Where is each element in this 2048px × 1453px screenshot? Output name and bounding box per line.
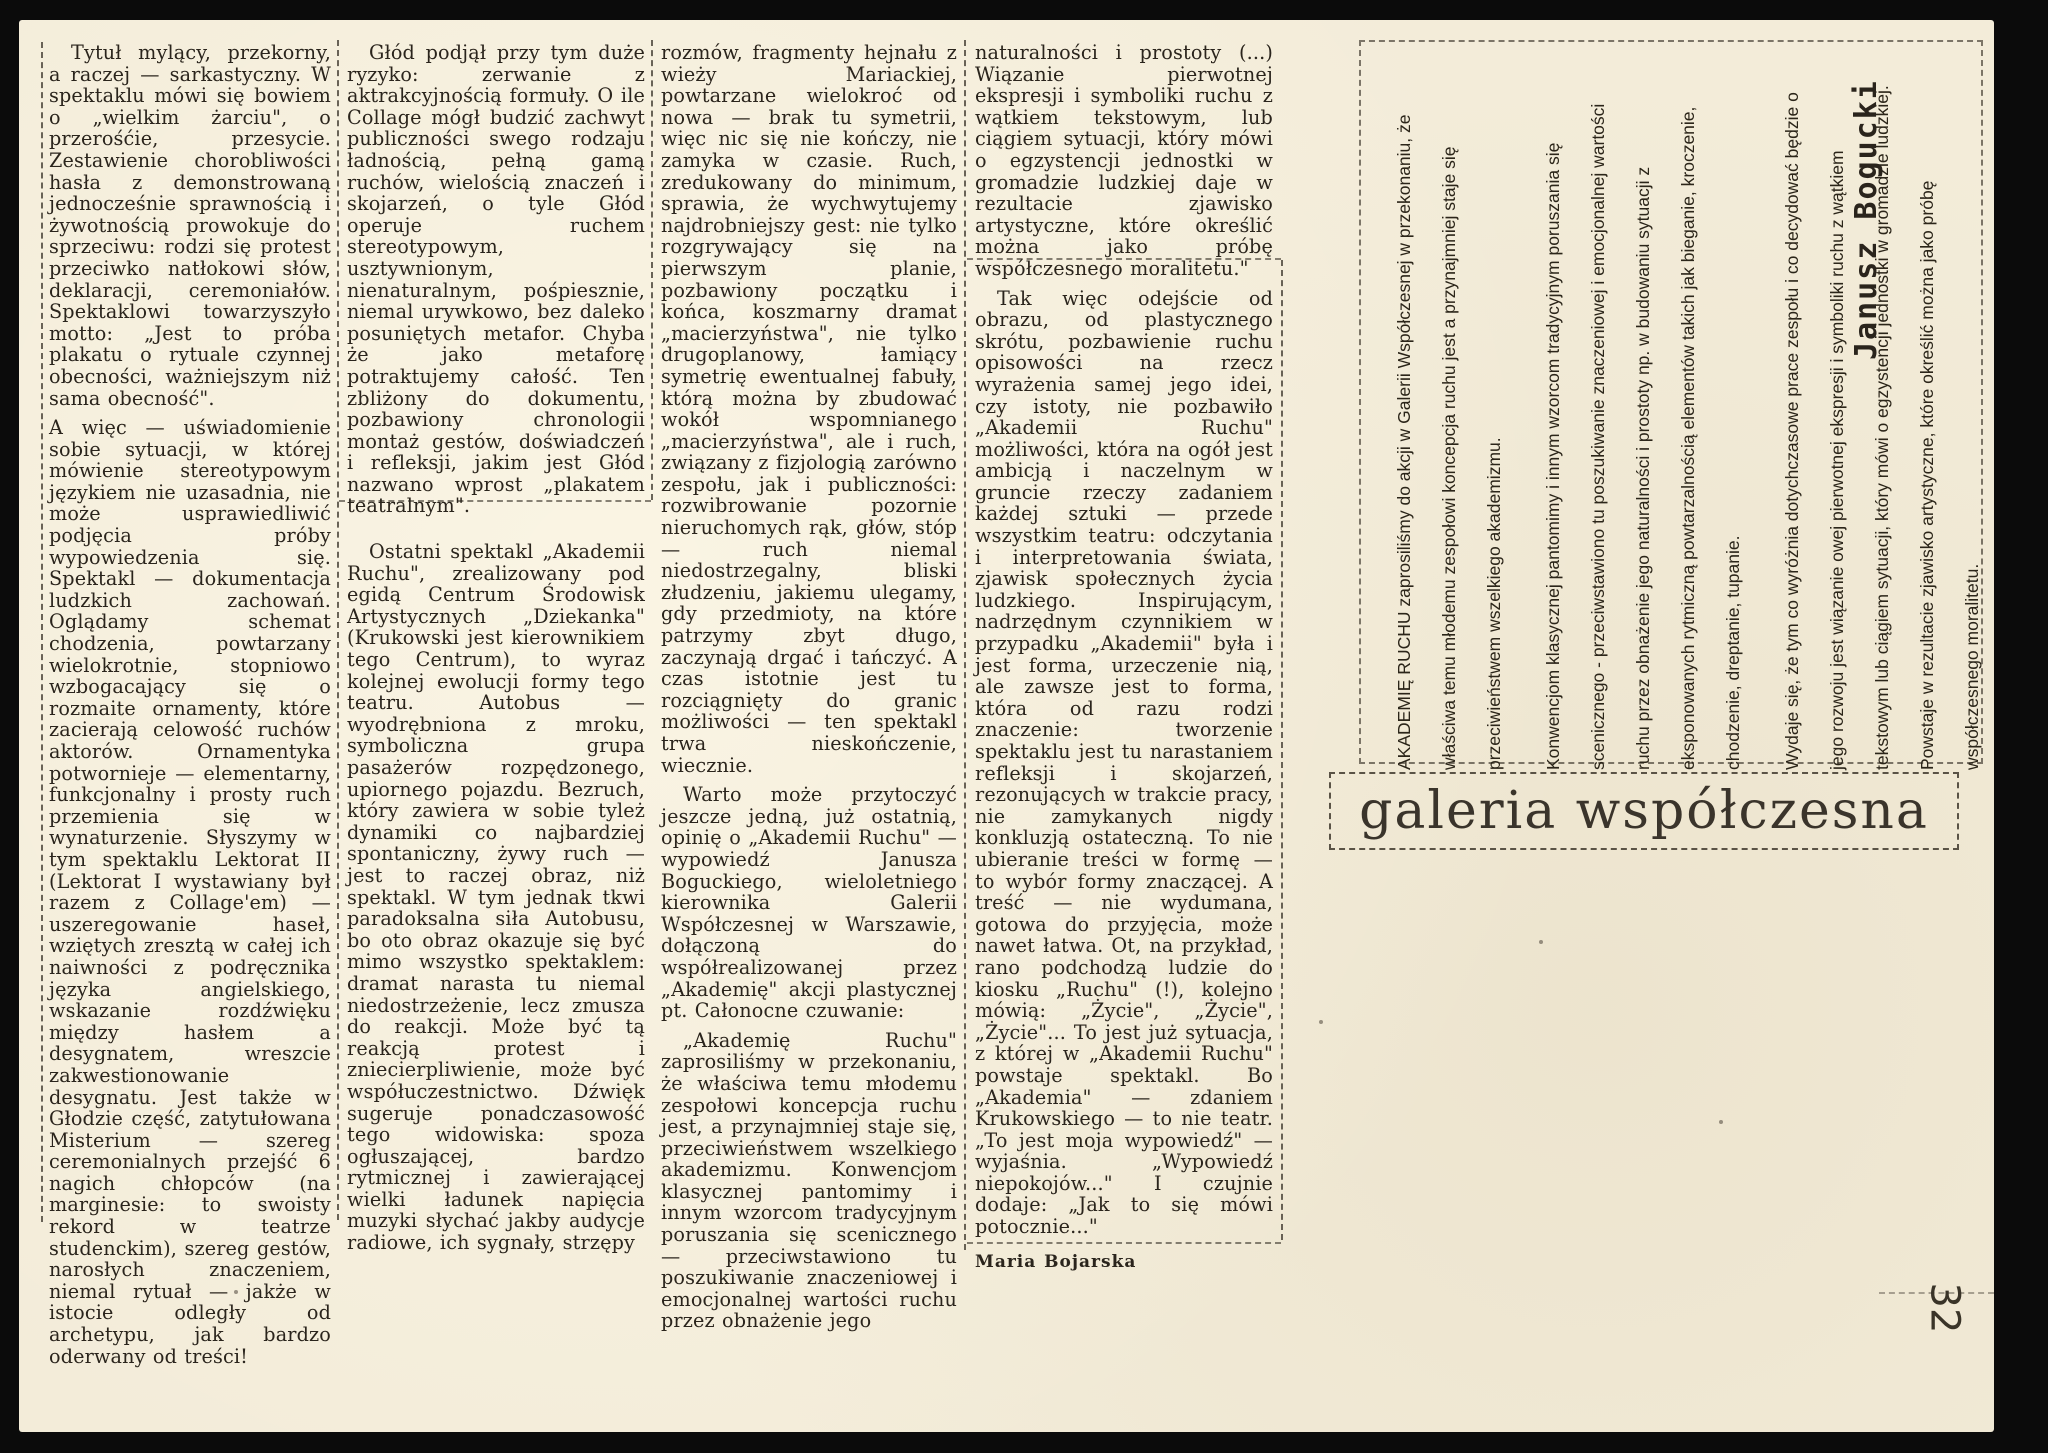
- masthead-title: galeria współczesna: [1359, 781, 1929, 841]
- newspaper-clipping-sheet: Tytuł mylący, przekorny, a raczej — sark…: [19, 20, 1994, 1432]
- paragraph: Głód podjął przy tym duże ryzyko: zerwan…: [347, 42, 645, 517]
- paper-speck: [1719, 1120, 1723, 1124]
- paper-speck: [1539, 940, 1543, 944]
- paragraph: Warto może przytoczyć jeszcze jedną, już…: [661, 784, 957, 1022]
- handwritten-page-number: 32: [1921, 1283, 1967, 1334]
- quote-paragraph: „Akademię Ruchu" zaprosiliśmy w przekona…: [661, 1030, 957, 1332]
- paragraph: Tak więc odejście od obrazu, od plastycz…: [975, 288, 1273, 1238]
- author-signature: Maria Bojarska: [975, 1252, 1273, 1274]
- paragraph: rozmów, fragmenty hejnału z wieży Mariac…: [661, 42, 957, 776]
- rotated-statement: AKADEMIĘ RUCHU zaprosiliśmy do akcji w G…: [1382, 70, 1792, 770]
- paragraph: Tytuł mylący, przekorny, a raczej — sark…: [49, 42, 331, 409]
- article-column-3: rozmów, fragmenty hejnału z wieży Mariac…: [661, 42, 957, 1332]
- statement-paragraph: Konwencjom klasycznej pantomimy i innym …: [1531, 70, 1756, 770]
- column-rule: [964, 40, 966, 1250]
- column-rule: [1281, 260, 1283, 1240]
- paper-speck: [1319, 1020, 1323, 1024]
- statement-paragraph: AKADEMIĘ RUCHU zaprosiliśmy do akcji w G…: [1382, 70, 1517, 770]
- article-column-4: naturalności i prostoty (...) Wiązanie p…: [975, 42, 1273, 1273]
- paragraph: Ostatni spektakl „Akademii Ruchu", zreal…: [347, 541, 645, 1254]
- article-column-2: Głód podjął przy tym duże ryzyko: zerwan…: [347, 42, 645, 1254]
- quote-paragraph: naturalności i prostoty (...) Wiązanie p…: [975, 42, 1273, 280]
- column-rule: [337, 40, 339, 1220]
- article-column-1: Tytuł mylący, przekorny, a raczej — sark…: [49, 42, 331, 1367]
- statement-signature: Janusz Bogucki: [1849, 120, 1889, 360]
- column-rule: [41, 42, 43, 1222]
- paper-speck: [234, 1290, 238, 1294]
- fold-line: [1879, 1292, 1994, 1294]
- paragraph: A więc — uświadomienie sobie sytuacji, w…: [49, 417, 331, 1367]
- section-masthead: galeria współczesna: [1329, 772, 1959, 850]
- column-rule: [651, 40, 653, 500]
